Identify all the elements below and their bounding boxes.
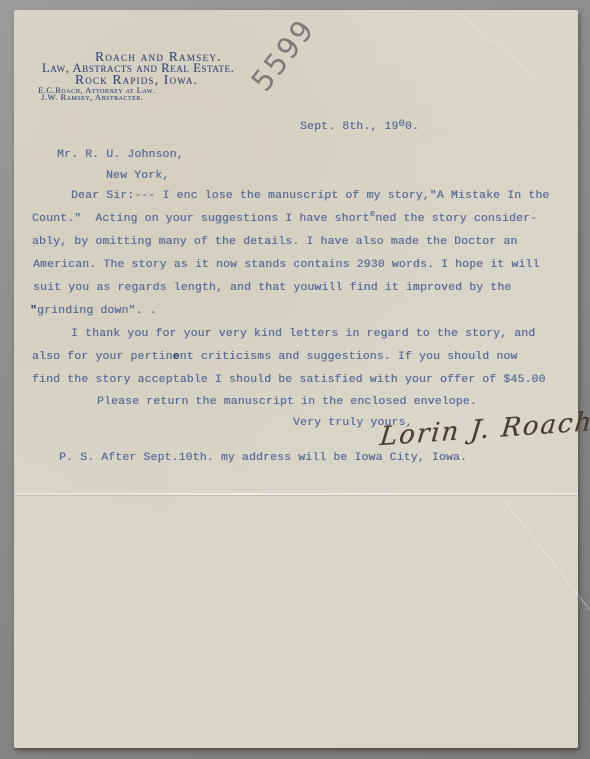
typed-line-9: find the story acceptable I should be sa… xyxy=(32,374,546,386)
line8-pre: also for your pertin xyxy=(32,351,173,363)
date-post: 0. xyxy=(405,121,419,133)
fold-crease-diagonal xyxy=(503,499,590,641)
recipient-line: Mr. R. U. Johnson, xyxy=(57,149,184,161)
line8-inked-e: e xyxy=(173,351,180,363)
typed-line-4: American. The story as it now stands con… xyxy=(33,259,540,271)
line2-post: ned the story consider- xyxy=(375,213,537,225)
typed-line-1: Dear Sir:--- I enc lose the manuscript o… xyxy=(71,190,549,202)
date-pre: Sept. 8th., 19 xyxy=(300,121,399,133)
typed-line-6: "grinding down". . xyxy=(30,305,157,317)
typed-line-5: suit you as regards length, and that you… xyxy=(33,282,511,294)
postscript-line: P. S. After Sept.10th. my address will b… xyxy=(59,452,467,464)
typed-line-7: I thank you for your very kind letters i… xyxy=(71,328,535,340)
signature: Lorin J. Roach. xyxy=(378,406,590,452)
fold-crease-diagonal-top xyxy=(458,12,551,90)
date-raised-char: 0 xyxy=(399,118,406,130)
recipient-city-line: New York, xyxy=(106,170,169,182)
scanned-letter-view: Roach and Ramsey. Law, Abstracts and Rea… xyxy=(0,0,590,759)
typed-line-10: Please return the manuscript in the encl… xyxy=(97,396,477,408)
letter-page: Roach and Ramsey. Law, Abstracts and Rea… xyxy=(14,10,578,748)
line8-post: nt criticisms and suggestions. If you sh… xyxy=(180,351,518,363)
line6-post: grinding down". . xyxy=(37,305,157,317)
line2-inserted-e: e xyxy=(370,209,376,219)
typed-line-3: ably, by omitting many of the details. I… xyxy=(32,236,517,248)
letterhead-principal2: J.W. Ramsey, Abstracter. xyxy=(41,92,143,102)
line2-pre: Count." Acting on your suggestions I hav… xyxy=(32,213,370,225)
fold-crease-horizontal xyxy=(14,493,578,495)
line6-inked-quote: " xyxy=(30,305,37,317)
typed-line-8: also for your pertinent criticisms and s… xyxy=(32,351,517,363)
typed-line-2: Count." Acting on your suggestions I hav… xyxy=(32,213,537,225)
date-line: Sept. 8th., 1900. xyxy=(300,121,419,133)
archive-number-pencil: 5599 xyxy=(244,12,321,97)
